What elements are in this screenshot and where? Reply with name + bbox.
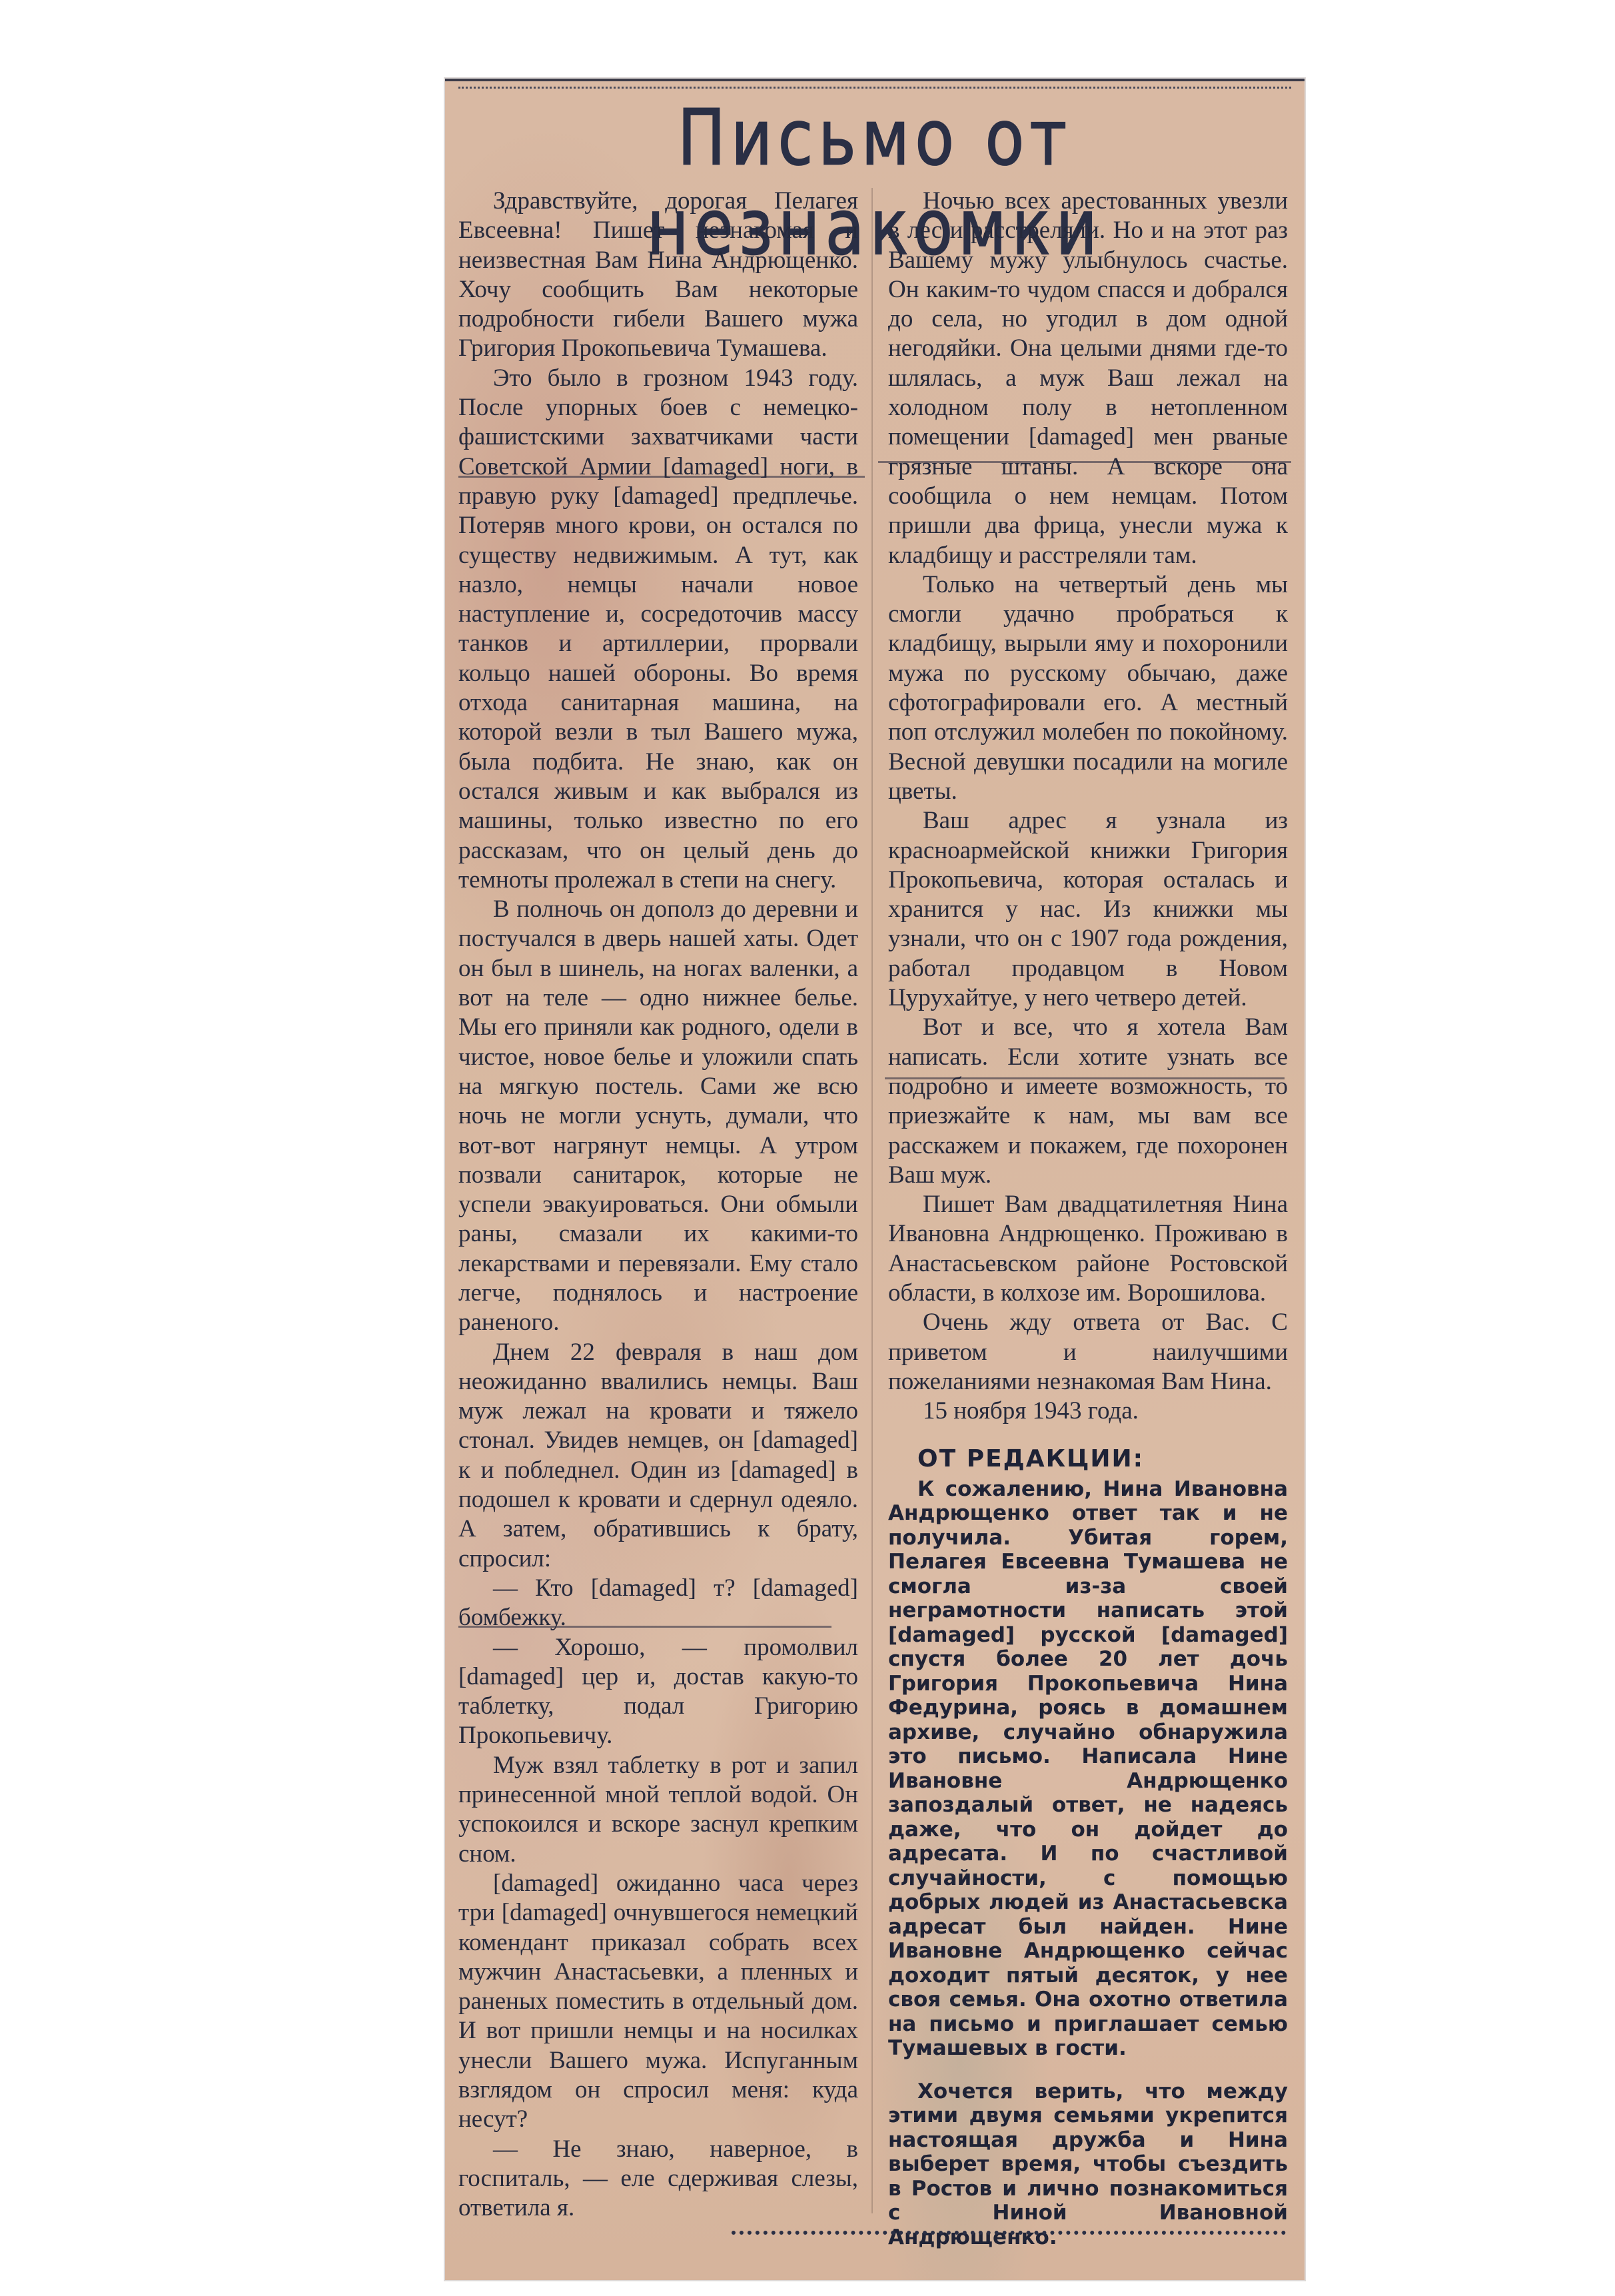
paragraph: Днем 22 февраля в наш дом неожиданно вва… xyxy=(458,1338,858,1574)
left-column: Здравствуйте, дорогая Пелагея Евсеевна! … xyxy=(458,187,858,2223)
tear-line xyxy=(885,1077,1285,1079)
paragraph: Муж взял таблетку в рот и запил принесен… xyxy=(458,1751,858,1869)
paragraph: В полночь он дополз до деревни и постуча… xyxy=(458,895,858,1337)
top-decorative-rule xyxy=(458,87,1291,91)
paragraph: — Хорошо, — промолвил [damaged] цер и, д… xyxy=(458,1633,858,1751)
paragraph: К сожалению, Нина Ивановна Андрющенко от… xyxy=(888,1477,1288,2061)
paragraph: [damaged] ожиданно часа через три [damag… xyxy=(458,1869,858,2135)
right-column: Ночью всех арестованных увезли в лес и р… xyxy=(888,187,1288,2249)
paragraph: — Кто [damaged] т? [damaged] бомбежку. xyxy=(458,1574,858,1633)
editorial-note: К сожалению, Нина Ивановна Андрющенко от… xyxy=(888,1477,1288,2250)
tear-line xyxy=(458,476,865,478)
paragraph: Только на четвертый день мы смогли удачн… xyxy=(888,570,1288,806)
paragraph: Пишет Вам двадцатилетняя Нина Ивановна А… xyxy=(888,1190,1288,1308)
paragraph: Ваш адрес я узнала из красноармейской кн… xyxy=(888,806,1288,1013)
tear-line xyxy=(878,461,1291,463)
paragraph: Ночью всех арестованных увезли в лес и р… xyxy=(888,187,1288,570)
bottom-decorative-rule xyxy=(732,2231,1286,2240)
column-divider xyxy=(871,188,873,2213)
paragraph: — Не знаю, наверное, в госпиталь, — еле … xyxy=(458,2135,858,2223)
paragraph: Хочется верить, что между этими двумя се… xyxy=(888,2079,1288,2250)
paragraph: Очень жду ответа от Вас. С приветом и на… xyxy=(888,1308,1288,1397)
paragraph: Здравствуйте, дорогая Пелагея Евсеевна! … xyxy=(458,187,858,364)
tear-line xyxy=(458,1626,831,1628)
paragraph: Это было в грозном 1943 году. После упор… xyxy=(458,364,858,895)
editorial-heading: ОТ РЕДАКЦИИ: xyxy=(917,1444,1288,1474)
letter-date: 15 ноября 1943 года. xyxy=(888,1397,1288,1426)
paragraph: Вот и все, что я хотела Вам написать. Ес… xyxy=(888,1013,1288,1190)
newspaper-clipping: Письмо от незнакомки Здравствуйте, дорог… xyxy=(445,79,1305,2280)
